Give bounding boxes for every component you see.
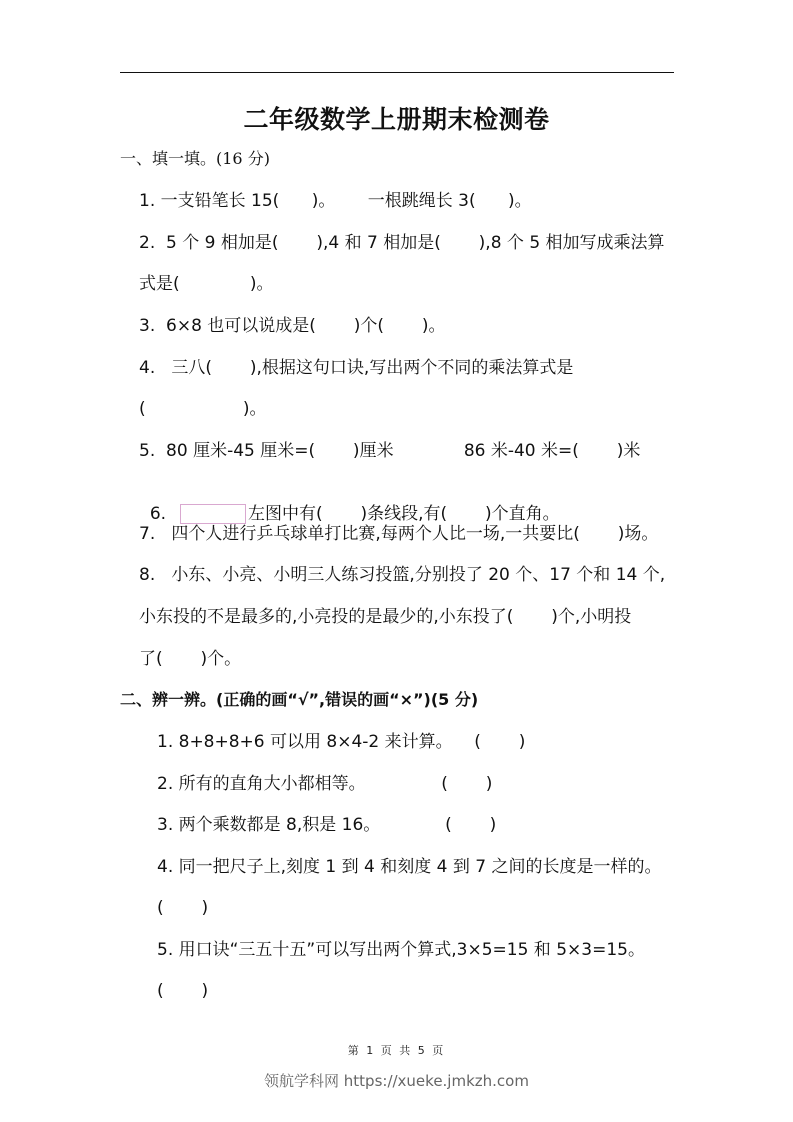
question-1-2-cont: 式是( )。 [139, 273, 274, 295]
question-1-6-number: 6. [150, 504, 166, 524]
question-1-8-cont2: 了( )个。 [139, 648, 241, 670]
question-1-3: 3. 6×8 也可以说成是( )个( )。 [139, 315, 446, 337]
question-2-1: 1. 8+8+8+6 可以用 8×4-2 来计算。 ( ) [157, 731, 525, 753]
question-1-4: 4. 三八( ),根据这句口诀,写出两个不同的乘法算式是 [139, 357, 573, 379]
section-2-heading: 二、辨一辨。(正确的画“√”,错误的画“×”)(5 分) [120, 689, 478, 711]
question-1-6-text: 左图中有( )条线段,有( )个直角。 [248, 504, 560, 524]
question-2-5-answer: ( ) [157, 980, 208, 1002]
rectangle-figure [180, 504, 246, 524]
question-1-1: 1. 一支铅笔长 15( )。 一根跳绳长 3( )。 [139, 190, 532, 212]
question-2-5: 5. 用口诀“三五十五”可以写出两个算式,3×5=15 和 5×3=15。 [157, 939, 645, 961]
question-1-5: 5. 80 厘米-45 厘米=( )厘米 86 米-40 米=( )米 [139, 440, 640, 462]
question-2-2: 2. 所有的直角大小都相等。 ( ) [157, 773, 492, 795]
question-1-4-cont: ( )。 [139, 398, 267, 420]
question-2-4: 4. 同一把尺子上,刻度 1 到 4 和刻度 4 到 7 之间的长度是一样的。 [157, 856, 662, 878]
question-1-2: 2. 5 个 9 相加是( ),4 和 7 相加是( ),8 个 5 相加写成乘… [139, 232, 665, 254]
section-1-heading: 一、填一填。(16 分) [120, 148, 270, 170]
question-2-4-answer: ( ) [157, 897, 208, 919]
document-title: 二年级数学上册期末检测卷 [0, 100, 793, 136]
question-1-6: 6.左图中有( )条线段,有( )个直角。 [139, 481, 560, 525]
question-1-7: 7. 四个人进行乒乓球单打比赛,每两个人比一场,一共要比( )场。 [139, 523, 658, 545]
question-1-8: 8. 小东、小亮、小明三人练习投篮,分别投了 20 个、17 个和 14 个, [139, 564, 665, 586]
question-2-3: 3. 两个乘数都是 8,积是 16。 ( ) [157, 814, 496, 836]
question-1-8-cont: 小东投的不是最多的,小亮投的是最少的,小东投了( )个,小明投 [139, 606, 631, 628]
watermark: 领航学科网 https://xueke.jmkzh.com [0, 1070, 793, 1091]
page-indicator: 第 1 页 共 5 页 [0, 1042, 793, 1058]
header-rule [120, 72, 674, 73]
